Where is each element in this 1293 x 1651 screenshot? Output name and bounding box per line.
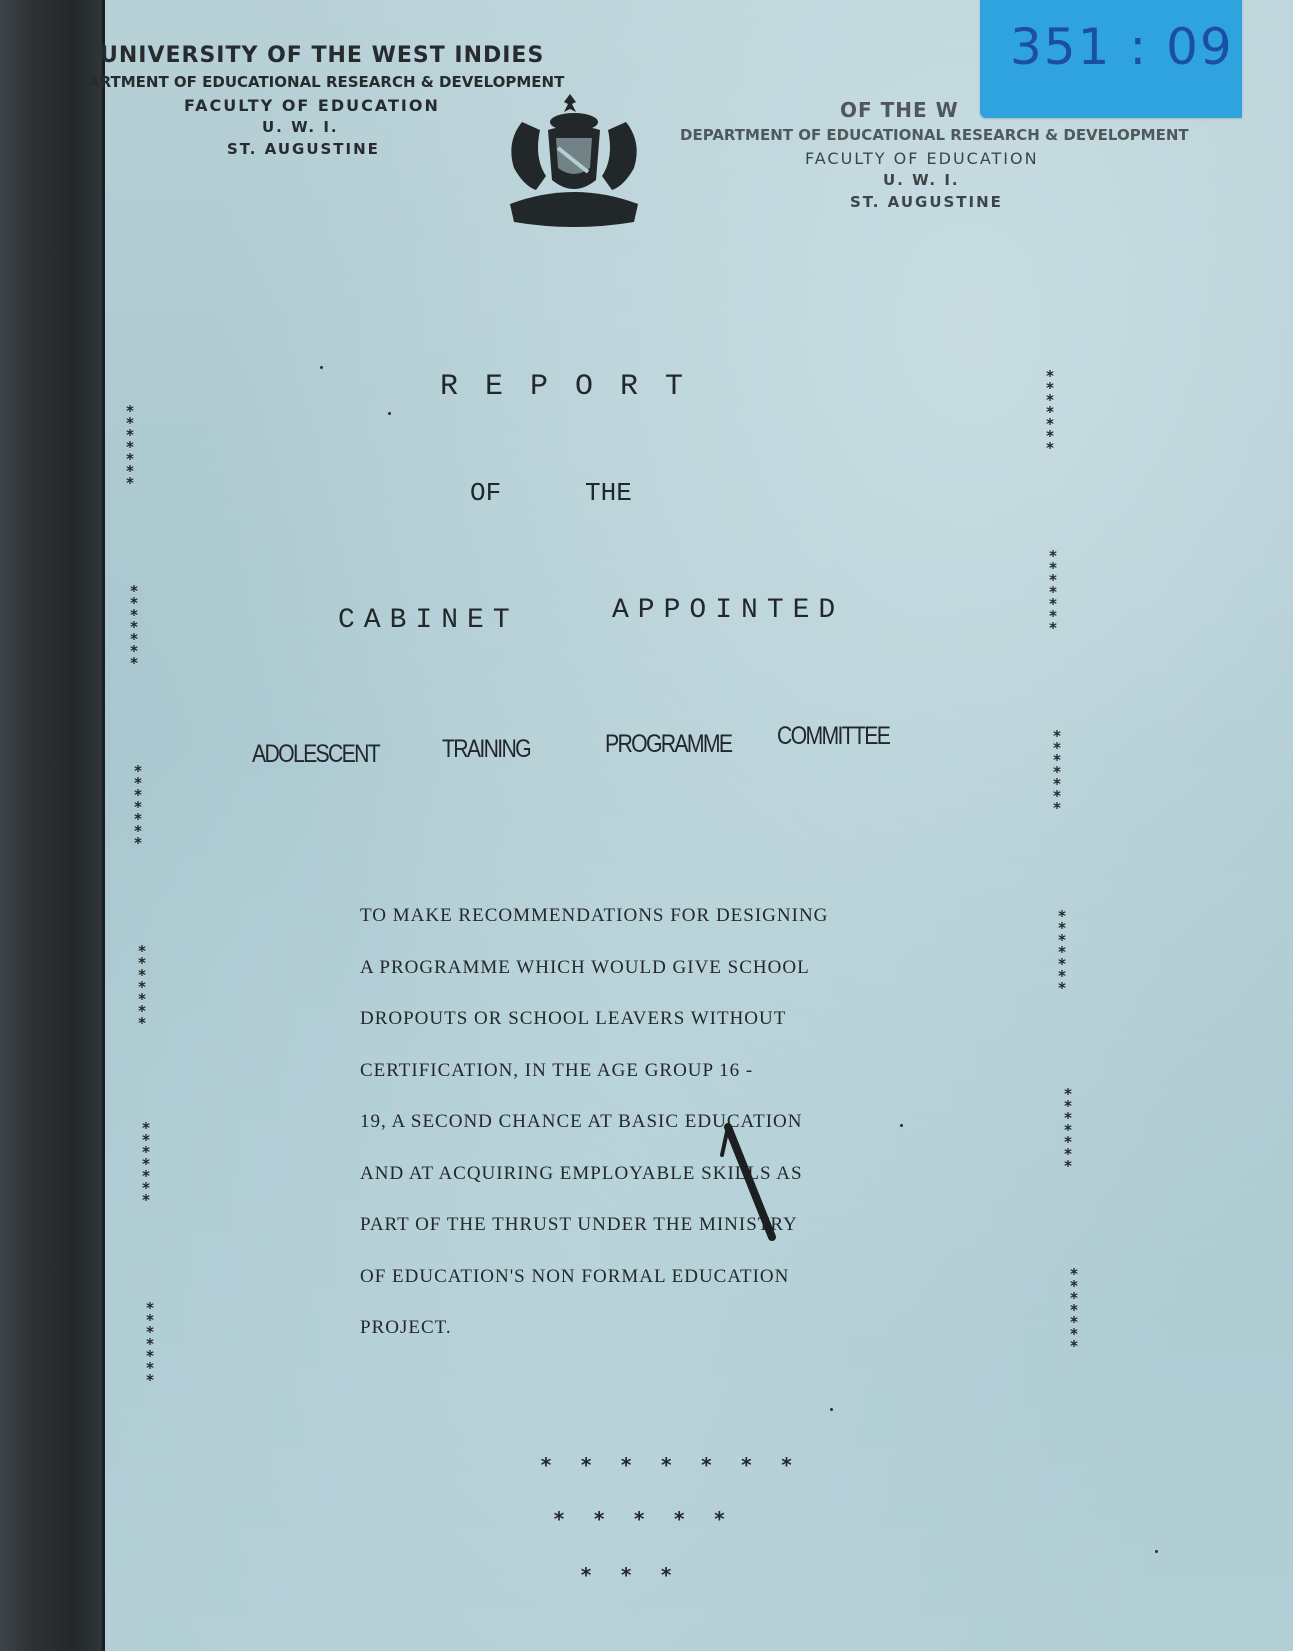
title-appointed: APPOINTED (612, 595, 844, 626)
scanned-page: UNIVERSITY OF THE WEST INDIES ARTMENT OF… (0, 0, 1293, 1651)
stamp-location: ST. AUGUSTINE (92, 139, 552, 161)
margin-ornament-right: ******* (1058, 1088, 1078, 1172)
margin-ornament-right: ******* (1040, 370, 1060, 454)
text-line: 19, A SECOND CHANCE AT BASIC EDUCATION (360, 1111, 880, 1163)
margin-ornament-left: ******* (124, 585, 144, 669)
margin-ornament-right: ******* (1052, 910, 1072, 994)
margin-ornament-left: ******* (140, 1302, 160, 1386)
paper-speck (900, 1124, 903, 1127)
text-line: AND AT ACQUIRING EMPLOYABLE SKILLS AS (360, 1163, 880, 1215)
pen-arrow-mark (720, 1115, 790, 1245)
stamp-department: ARTMENT OF EDUCATIONAL RESEARCH & DEVELO… (88, 72, 552, 94)
stamp-university-name: UNIVERSITY OF THE WEST INDIES (92, 40, 552, 72)
title-cabinet: CABINET (338, 605, 519, 636)
margin-ornament-left: ******* (120, 405, 140, 489)
title-adolescent: ADOLESCENT (252, 740, 379, 769)
margin-ornament-left: ******* (132, 945, 152, 1029)
text-line: CERTIFICATION, IN THE AGE GROUP 16 - (360, 1060, 880, 1112)
title-report: REPORT (440, 370, 710, 404)
text-line: A PROGRAMME WHICH WOULD GIVE SCHOOL (360, 957, 880, 1009)
ornament-row: * * * * * (553, 1507, 733, 1531)
stamp-department-faded: DEPARTMENT OF EDUCATIONAL RESEARCH & DEV… (680, 125, 1180, 147)
margin-ornament-left: ******* (136, 1122, 156, 1206)
call-number-tag: 351 : 09 (980, 0, 1242, 118)
stamp-location: ST. AUGUSTINE (680, 192, 1180, 214)
stamp-uwi: U. W. I. (92, 117, 552, 139)
title-training: TRAINING (442, 735, 530, 764)
text-line: PART OF THE THRUST UNDER THE MINISTRY (360, 1214, 880, 1266)
spine-binding (0, 0, 105, 1651)
margin-ornament-right: ******* (1064, 1268, 1084, 1352)
text-line: OF EDUCATION'S NON FORMAL EDUCATION (360, 1266, 880, 1318)
paper-speck (320, 366, 323, 369)
margin-ornament-left: ******* (128, 765, 148, 849)
university-stamp-left: UNIVERSITY OF THE WEST INDIES ARTMENT OF… (92, 40, 552, 160)
ornament-row: * * * * * * * (540, 1453, 801, 1477)
paper-speck (830, 1408, 833, 1411)
title-programme: PROGRAMME (605, 730, 731, 759)
stamp-faculty: FACULTY OF EDUCATION (680, 147, 1180, 170)
paper-speck (1155, 1550, 1158, 1553)
call-number-label: 351 : 09 (1010, 18, 1234, 76)
ornament-row: * * * (580, 1563, 680, 1587)
title-committee: COMMITTEE (777, 722, 889, 751)
coat-of-arms-icon (500, 92, 648, 228)
margin-ornament-right: ******* (1047, 730, 1067, 814)
text-line: PROJECT. (360, 1317, 880, 1369)
title-of: OF (470, 478, 501, 508)
paper-speck (388, 412, 391, 415)
stamp-faculty: FACULTY OF EDUCATION (92, 94, 552, 117)
margin-ornament-right: ******* (1043, 550, 1063, 634)
title-the: THE (585, 478, 632, 508)
terms-of-reference: TO MAKE RECOMMENDATIONS FOR DESIGNING A … (360, 905, 880, 1369)
text-line: TO MAKE RECOMMENDATIONS FOR DESIGNING (360, 905, 880, 957)
stamp-uwi: U. W. I. (680, 170, 1180, 192)
text-line: DROPOUTS OR SCHOOL LEAVERS WITHOUT (360, 1008, 880, 1060)
